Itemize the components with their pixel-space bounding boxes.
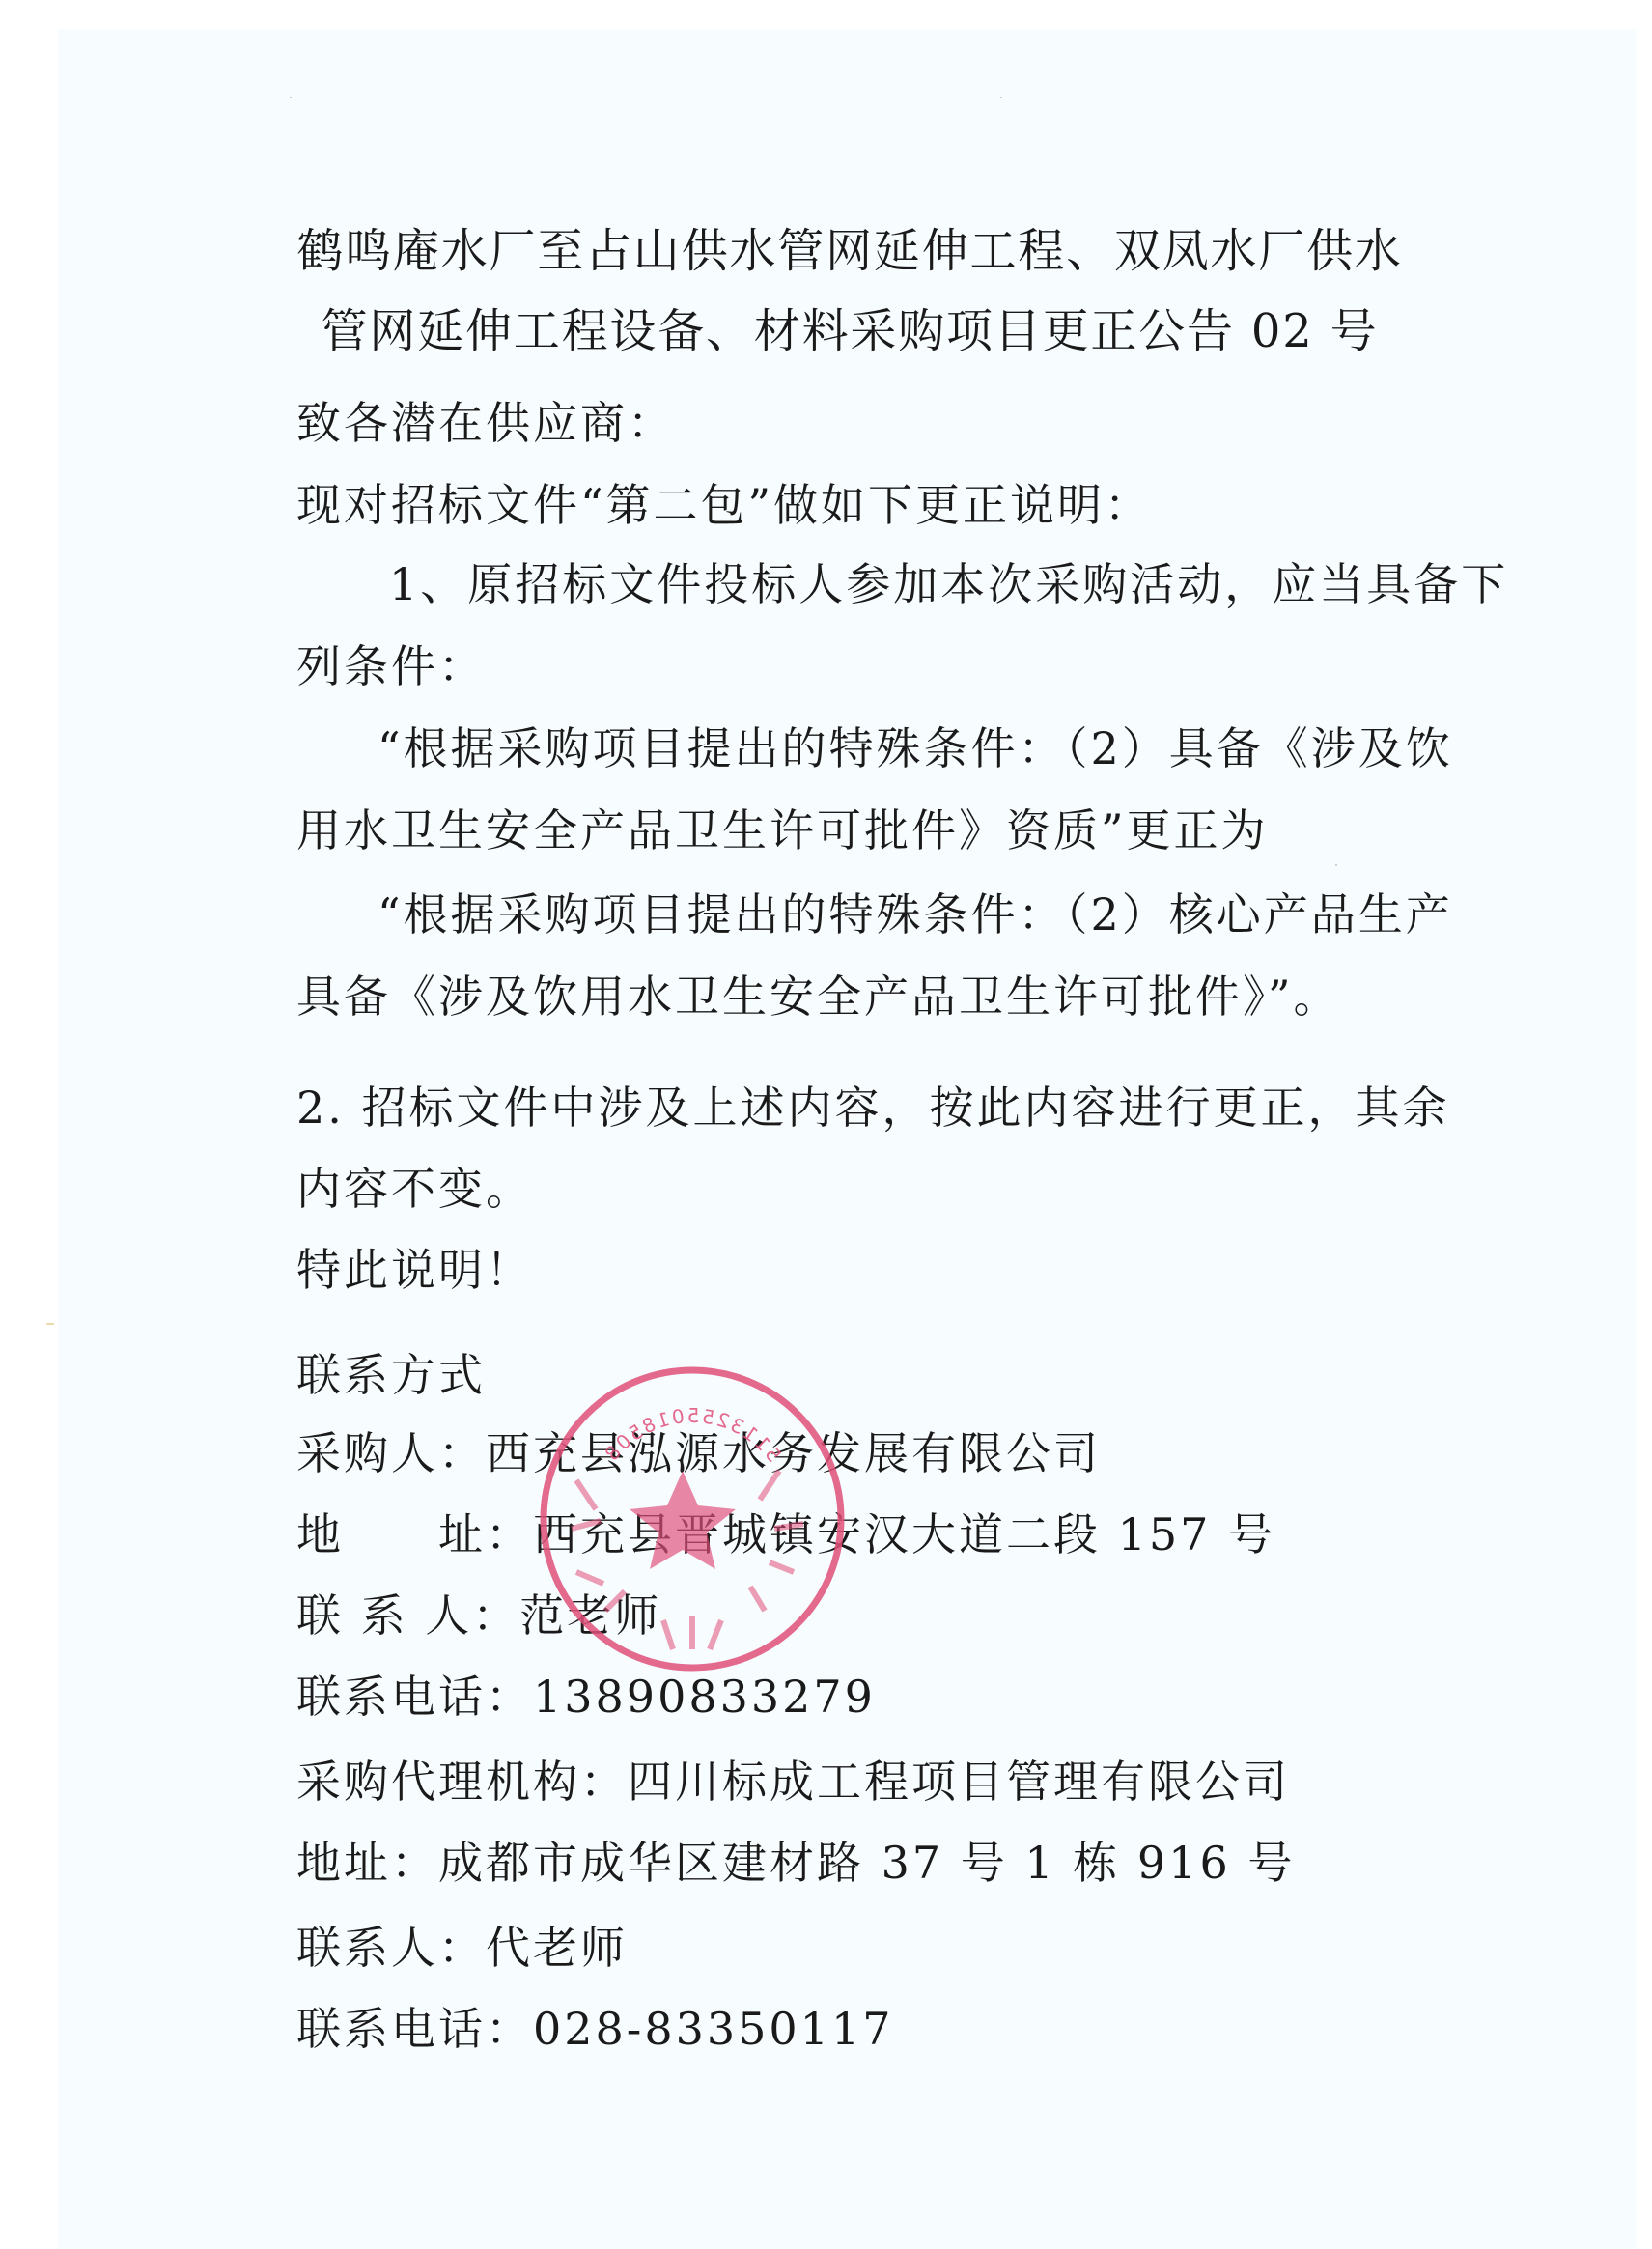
agency-contact-row: 联系人：代老师 <box>296 1921 1403 1975</box>
item1-line1: 1、原招标文件投标人参加本次采购活动，应当具备下 <box>296 557 1403 611</box>
agency-address-row: 地址：成都市成华区建材路 37 号 1 栋 916 号 <box>296 1836 1403 1890</box>
item1-line2: 列条件： <box>296 639 1403 693</box>
agency-phone-value: 028-83350117 <box>533 2003 893 2055</box>
agency-row: 采购代理机构：四川标成工程项目管理有限公司 <box>296 1755 1403 1809</box>
agency-contact-value: 代老师 <box>486 1922 628 1974</box>
purchaser-address-row: 地 址：西充县晋城镇安汉大道二段 157 号 <box>296 1507 1403 1561</box>
purchaser-value: 西充县泓源水务发展有限公司 <box>486 1427 1101 1479</box>
contact-heading: 联系方式 <box>296 1348 1403 1402</box>
item1-original-line2: 用水卫生安全产品卫生许可批件》资质”更正为 <box>296 803 1403 857</box>
purchaser-phone-row: 联系电话：13890833279 <box>296 1670 1403 1724</box>
purchaser-address-value: 西充县晋城镇安汉大道二段 157 号 <box>533 1508 1275 1560</box>
scan-speck <box>1000 97 1002 98</box>
item2-line1: 2. 招标文件中涉及上述内容，按此内容进行更正，其余 <box>296 1081 1403 1135</box>
purchaser-contact-label: 联 系 人： <box>296 1588 519 1643</box>
item1-corrected-line1: “根据采购项目提出的特殊条件：（2）核心产品生产 <box>296 887 1403 942</box>
purchaser-row: 采购人：西充县泓源水务发展有限公司 <box>296 1426 1403 1480</box>
agency-phone-label: 联系电话： <box>296 2002 533 2056</box>
document-title-line-2: 管网延伸工程设备、材料采购项目更正公告 02 号 <box>0 302 1652 360</box>
purchaser-label: 采购人： <box>296 1426 486 1480</box>
document-page <box>58 29 1637 2249</box>
scan-speck <box>46 1323 54 1325</box>
purchaser-contact-value: 范老师 <box>519 1589 661 1642</box>
purchaser-contact-row: 联 系 人：范老师 <box>296 1588 1403 1643</box>
agency-contact-label: 联系人： <box>296 1921 486 1975</box>
closing-text: 特此说明！ <box>296 1243 1403 1297</box>
agency-phone-row: 联系电话：028-83350117 <box>296 2002 1403 2056</box>
item1-corrected-line2: 具备《涉及饮用水卫生安全产品卫生许可批件》”。 <box>296 970 1403 1024</box>
purchaser-phone-label: 联系电话： <box>296 1670 533 1724</box>
item1-original-line1: “根据采购项目提出的特殊条件：（2）具备《涉及饮 <box>296 721 1403 775</box>
document-title-line-1: 鹤鸣庵水厂至占山供水管网延伸工程、双凤水厂供水 <box>0 222 1652 280</box>
agency-address-value: 成都市成华区建材路 37 号 1 栋 916 号 <box>438 1837 1295 1889</box>
purchaser-address-label: 地 址： <box>296 1507 533 1561</box>
intro-text: 现对招标文件“第二包”做如下更正说明： <box>296 478 1403 532</box>
scan-speck <box>1335 864 1337 866</box>
agency-label: 采购代理机构： <box>296 1755 628 1809</box>
agency-value: 四川标成工程项目管理有限公司 <box>628 1756 1290 1808</box>
scan-speck <box>290 97 292 98</box>
agency-address-label: 地址： <box>296 1836 438 1890</box>
purchaser-phone-value: 13890833279 <box>533 1671 876 1723</box>
salutation: 致各潜在供应商： <box>296 396 1403 450</box>
item2-line2: 内容不变。 <box>296 1162 1403 1216</box>
